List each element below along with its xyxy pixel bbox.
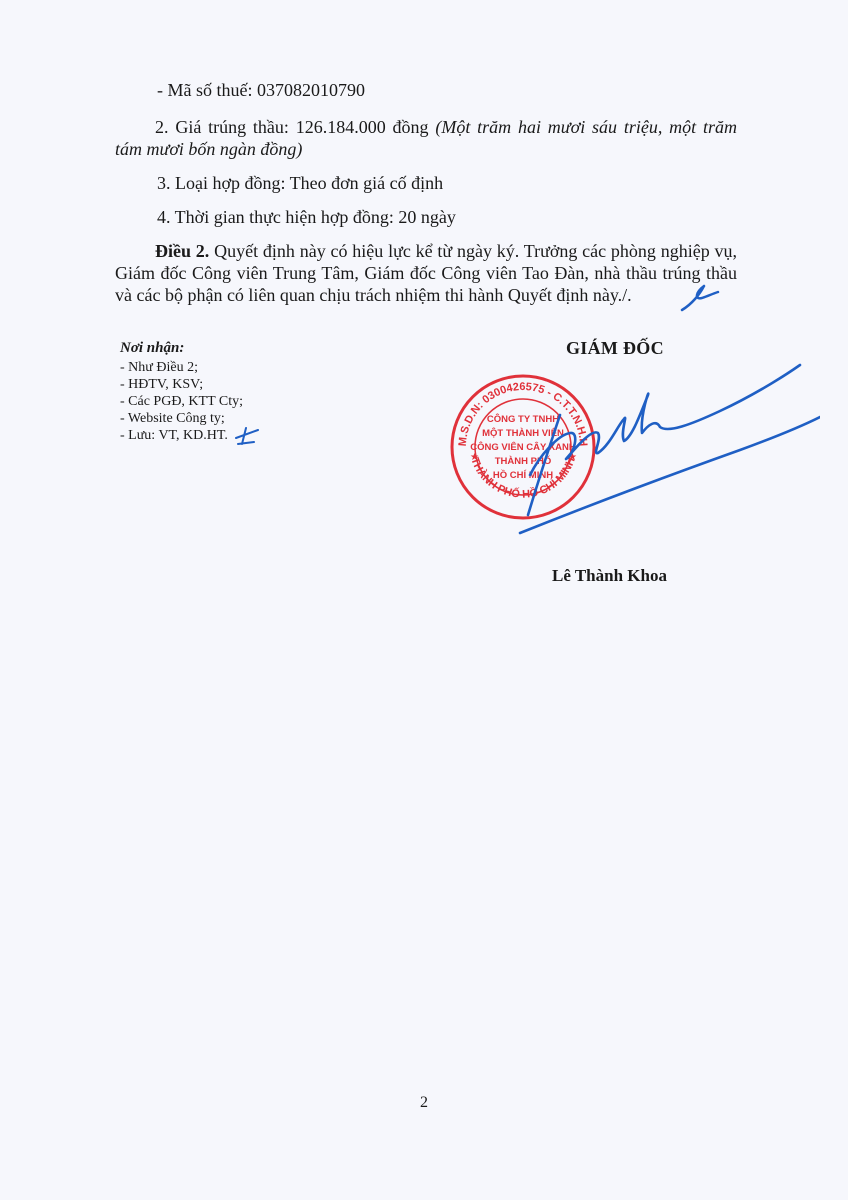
tax-code-line: - Mã số thuế: 037082010790 xyxy=(157,79,365,101)
recipient-item: - Lưu: VT, KD.HT. xyxy=(120,427,243,444)
document-page: - Mã số thuế: 037082010790 2. Giá trúng … xyxy=(0,0,848,1200)
recipient-item: - HĐTV, KSV; xyxy=(120,376,243,393)
item-2-text: 2. Giá trúng thầu: 126.184.000 đồng xyxy=(155,117,435,137)
recipient-item: - Như Điều 2; xyxy=(120,359,243,376)
initial-mark-icon xyxy=(232,424,262,448)
item-3-contract-type: 3. Loại hợp đồng: Theo đơn giá cố định xyxy=(157,172,443,194)
item-2-bid-price: 2. Giá trúng thầu: 126.184.000 đồng (Một… xyxy=(115,116,737,160)
article-2: Điều 2. Quyết định này có hiệu lực kể từ… xyxy=(115,240,737,306)
initial-mark-icon xyxy=(678,282,723,314)
page-number: 2 xyxy=(420,1094,428,1112)
recipient-item: - Các PGĐ, KTT Cty; xyxy=(120,393,243,410)
article-2-label: Điều 2. xyxy=(155,241,209,261)
director-signature-icon xyxy=(500,355,820,535)
recipients-title: Nơi nhận: xyxy=(120,340,243,357)
recipients-block: Nơi nhận: - Như Điều 2; - HĐTV, KSV; - C… xyxy=(120,340,243,444)
signer-name: Lê Thành Khoa xyxy=(552,566,667,586)
item-4-duration: 4. Thời gian thực hiện hợp đồng: 20 ngày xyxy=(157,206,456,228)
article-2-text: Quyết định này có hiệu lực kể từ ngày ký… xyxy=(115,241,737,305)
recipient-item: - Website Công ty; xyxy=(120,410,243,427)
svg-text:★: ★ xyxy=(470,452,479,463)
